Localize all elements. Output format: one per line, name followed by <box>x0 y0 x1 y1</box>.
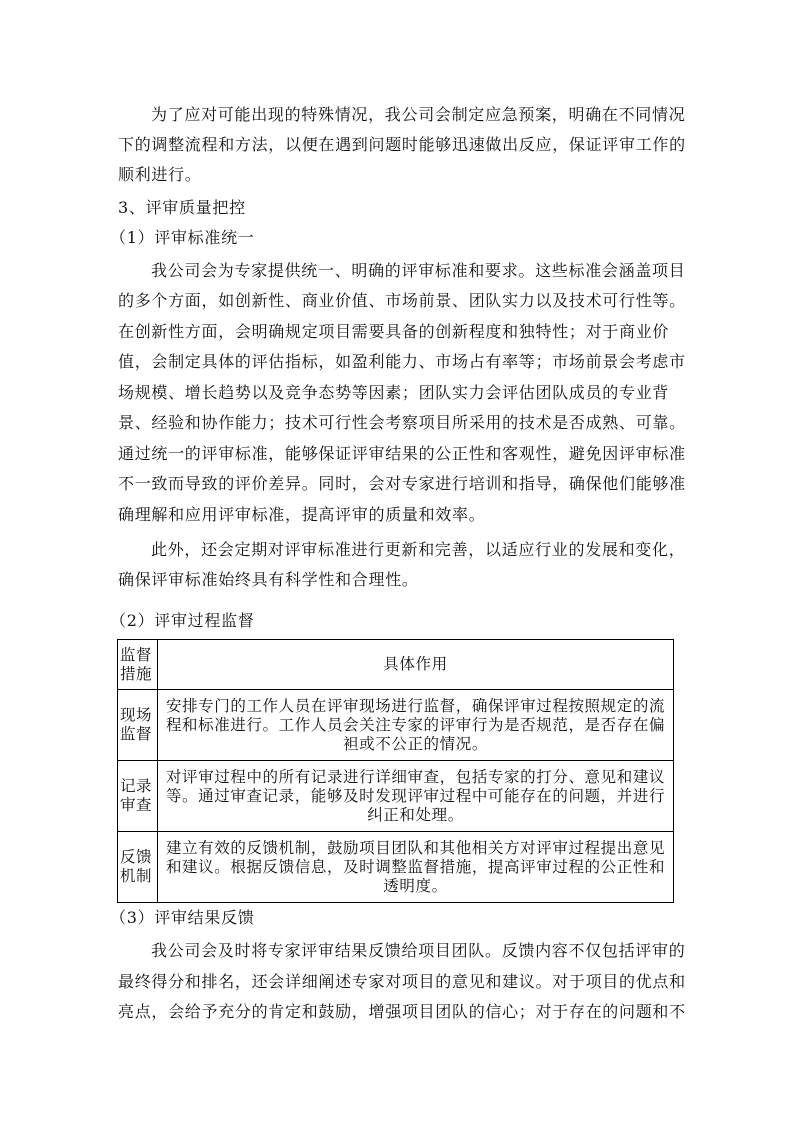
paragraph-line: 最终得分和排名，还会详细阐述专家对项目的意见和建议。对于项目的优点和 <box>118 972 686 992</box>
paragraph-line: 不一致而导致的评价差异。同时，会对专家进行培训和指导，确保他们能够准 <box>118 474 686 494</box>
subsection-3-title: （3）评审结果反馈 <box>110 908 254 928</box>
table-cell-effect: 建立有效的反馈机制，鼓励项目团队和其他相关方对评审过程提出意见和建议。根据反馈信… <box>158 832 674 903</box>
subsection-1-title: （1）评审标准统一 <box>110 228 254 248</box>
paragraph-line: 在创新性方面，会明确规定项目需要具备的创新程度和独特性；对于商业价 <box>118 322 669 342</box>
table-header-measure: 监督措施 <box>118 640 158 690</box>
section-heading: 3、评审质量把控 <box>118 198 246 218</box>
paragraph-line: 确保评审标准始终具有科学性和合理性。 <box>118 570 419 590</box>
table-row: 现场监督 安排专门的工作人员在评审现场进行监督，确保评审过程按照规定的流程和标准… <box>118 690 674 761</box>
table-cell-measure: 反馈机制 <box>118 832 158 903</box>
supervision-table: 监督措施 具体作用 现场监督 安排专门的工作人员在评审现场进行监督，确保评审过程… <box>117 639 674 903</box>
paragraph-line: 景、经验和协作能力；技术可行性会考察项目所采用的技术是否成熟、可靠。 <box>118 413 686 433</box>
intro-paragraph-line: 为了应对可能出现的特殊情况，我公司会制定应急预案，明确在不同情况 <box>151 105 685 125</box>
paragraph-line: 我公司会及时将专家评审结果反馈给项目团队。反馈内容不仅包括评审的 <box>151 941 685 961</box>
table-header-effect: 具体作用 <box>158 640 674 690</box>
intro-paragraph-line: 下的调整流程和方法，以便在遇到问题时能够迅速做出反应，保证评审工作的 <box>118 135 686 155</box>
paragraph-line: 确理解和应用评审标准，提高评审的质量和效率。 <box>118 505 485 525</box>
paragraph-line: 我公司会为专家提供统一、明确的评审标准和要求。这些标准会涵盖项目 <box>151 261 685 281</box>
table-row: 记录审查 对评审过程中的所有记录进行详细审查，包括专家的打分、意见和建议等。通过… <box>118 761 674 832</box>
subsection-2-title: （2）评审过程监督 <box>110 611 254 631</box>
table-cell-measure: 现场监督 <box>118 690 158 761</box>
table-row: 反馈机制 建立有效的反馈机制，鼓励项目团队和其他相关方对评审过程提出意见和建议。… <box>118 832 674 903</box>
paragraph-line: 亮点，会给予充分的肯定和鼓励，增强项目团队的信心；对于存在的问题和不 <box>118 1002 686 1022</box>
paragraph-line: 通过统一的评审标准，能够保证评审结果的公正性和客观性，避免因评审标准 <box>118 444 686 464</box>
paragraph-line: 此外，还会定期对评审标准进行更新和完善，以适应行业的发展和变化， <box>151 540 685 560</box>
paragraph-line: 值，会制定具体的评估指标，如盈利能力、市场占有率等；市场前景会考虑市 <box>118 352 686 372</box>
paragraph-line: 的多个方面，如创新性、商业价值、市场前景、团队实力以及技术可行性等。 <box>118 291 686 311</box>
table-header-row: 监督措施 具体作用 <box>118 640 674 690</box>
table-cell-effect: 对评审过程中的所有记录进行详细审查，包括专家的打分、意见和建议等。通过审查记录，… <box>158 761 674 832</box>
intro-paragraph-line: 顺利进行。 <box>118 165 202 185</box>
table-cell-measure: 记录审查 <box>118 761 158 832</box>
table-cell-effect: 安排专门的工作人员在评审现场进行监督，确保评审过程按照规定的流程和标准进行。工作… <box>158 690 674 761</box>
paragraph-line: 场规模、增长趋势以及竞争态势等因素；团队实力会评估团队成员的专业背 <box>118 383 669 403</box>
